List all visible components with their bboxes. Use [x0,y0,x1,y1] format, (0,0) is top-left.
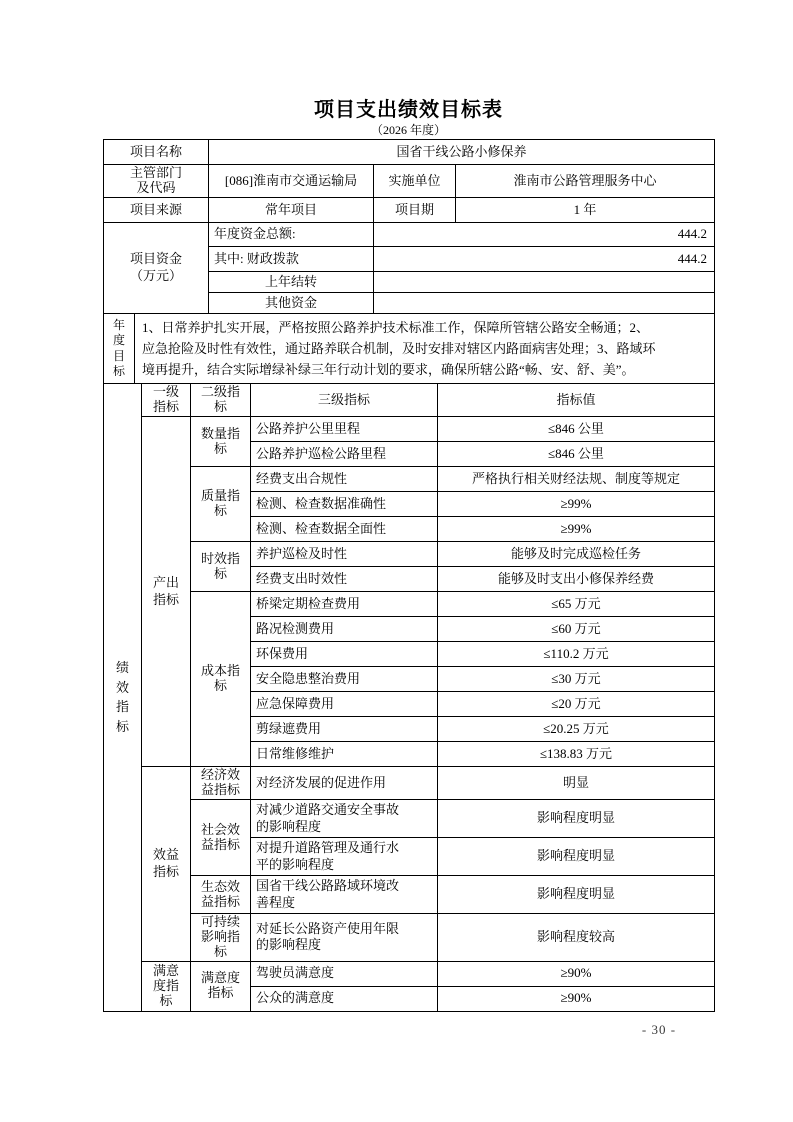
level2-group-economic: 经济效 益指标 [191,767,251,800]
funding-row-value [374,293,715,314]
indicator-value-cell: 影响程度较高 [438,914,715,962]
indicator-value-cell: ≤20.25 万元 [438,717,715,742]
annual-goal-label: 年 度 目 标 [104,314,135,384]
indicator-value-cell: 严格执行相关财经法规、制度等规定 [438,467,715,492]
indicator-cell: 养护巡检及时性 [251,542,438,567]
level2-group-sustainable: 可持续 影响指 标 [191,914,251,962]
document-body: 项目名称 国省干线公路小修保养 主管部门 及代码 [086]淮南市交通运输局 实… [103,139,714,1012]
level2-group-ecological: 生态效 益指标 [191,876,251,914]
page-subtitle: （2026 年度） [103,121,714,138]
basic-info-table: 项目名称 国省干线公路小修保养 主管部门 及代码 [086]淮南市交通运输局 实… [103,139,715,384]
indicator-cell: 经费支出合规性 [251,467,438,492]
header-value: 指标值 [438,384,715,417]
impl-unit-label: 实施单位 [374,165,456,198]
indicator-cell: 驾驶员满意度 [251,961,438,986]
funding-row-name: 年度资金总额: [209,223,374,247]
indicator-cell: 路况检测费用 [251,617,438,642]
level2-group-quantity: 数量指 标 [191,417,251,467]
indicator-value-cell: 明显 [438,767,715,800]
funding-row-name: 上年结转 [209,272,374,293]
indicator-value-cell: ≤138.83 万元 [438,742,715,767]
indicator-cell: 公众的满意度 [251,986,438,1011]
page-title: 项目支出绩效目标表 [103,93,714,122]
period-value: 1 年 [456,198,715,223]
indicator-value-cell: ≤110.2 万元 [438,642,715,667]
source-label: 项目来源 [104,198,209,223]
funding-row-name: 其他资金 [209,293,374,314]
indicator-value-cell: ≥99% [438,492,715,517]
level2-group-timeliness: 时效指 标 [191,542,251,592]
header-level1: 一级 指标 [142,384,191,417]
indicator-value-cell: 影响程度明显 [438,876,715,914]
project-name-label: 项目名称 [104,140,209,165]
level2-group-satisfaction: 满意度 指标 [191,961,251,1011]
indicator-value-cell: ≤60 万元 [438,617,715,642]
indicator-value-cell: 影响程度明显 [438,800,715,838]
funding-row-value: 444.2 [374,247,715,272]
indicator-cell: 经费支出时效性 [251,567,438,592]
indicator-cell: 环保费用 [251,642,438,667]
annual-goal-text: 1、日常养护扎实开展，严格按照公路养护技术标准工作，保障所管辖公路安全畅通；2、… [135,314,715,384]
indicator-cell: 桥梁定期检查费用 [251,592,438,617]
indicator-value-cell: ≤30 万元 [438,667,715,692]
indicator-value-cell: ≤65 万元 [438,592,715,617]
level2-group-cost: 成本指 标 [191,592,251,767]
indicator-value-cell: 影响程度明显 [438,838,715,876]
level2-group-quality: 质量指 标 [191,467,251,542]
indicator-value-cell: ≤20 万元 [438,692,715,717]
indicator-cell: 对减少道路交通安全事故 的影响程度 [251,800,438,838]
indicator-cell: 应急保障费用 [251,692,438,717]
indicator-cell: 剪绿遮费用 [251,717,438,742]
dept-value: [086]淮南市交通运输局 [209,165,374,198]
indicator-cell: 公路养护巡检公路里程 [251,442,438,467]
indicator-value-cell: ≥90% [438,986,715,1011]
indicator-value-cell: 能够及时支出小修保养经费 [438,567,715,592]
indicator-value-cell: 能够及时完成巡检任务 [438,542,715,567]
indicator-cell: 安全隐患整治费用 [251,667,438,692]
indicator-cell: 对延长公路资产使用年限 的影响程度 [251,914,438,962]
page-number: - 30 - [614,1022,704,1038]
indicator-cell: 对提升道路管理及通行水 平的影响程度 [251,838,438,876]
performance-table: 绩 效 指 标 一级 指标 二级指 标 三级指标 指标值 产出 指标 数量指 标… [103,383,715,1012]
impl-unit-value: 淮南市公路管理服务中心 [456,165,715,198]
funding-row-value: 444.2 [374,223,715,247]
performance-section-label: 绩 效 指 标 [104,384,142,1012]
source-value: 常年项目 [209,198,374,223]
funding-row-value [374,272,715,293]
indicator-cell: 检测、检查数据全面性 [251,517,438,542]
indicator-cell: 国省干线公路路域环境改 善程度 [251,876,438,914]
level1-group-output: 产出 指标 [142,417,191,767]
level1-group-benefit: 效益 指标 [142,767,191,962]
indicator-value-cell: ≥99% [438,517,715,542]
dept-label: 主管部门 及代码 [104,165,209,198]
indicator-cell: 检测、检查数据准确性 [251,492,438,517]
indicator-cell: 对经济发展的促进作用 [251,767,438,800]
indicator-cell: 日常维修维护 [251,742,438,767]
funding-row-name: 其中: 财政拨款 [209,247,374,272]
project-name-value: 国省干线公路小修保养 [209,140,715,165]
indicator-value-cell: ≤846 公里 [438,442,715,467]
header-level3: 三级指标 [251,384,438,417]
period-label: 项目期 [374,198,456,223]
indicator-cell: 公路养护公里里程 [251,417,438,442]
header-level2: 二级指 标 [191,384,251,417]
funding-label: 项目资金 （万元） [104,223,209,314]
indicator-value-cell: ≥90% [438,961,715,986]
indicator-value-cell: ≤846 公里 [438,417,715,442]
level2-group-social: 社会效 益指标 [191,800,251,876]
level1-group-satisfaction: 满意 度指 标 [142,961,191,1011]
